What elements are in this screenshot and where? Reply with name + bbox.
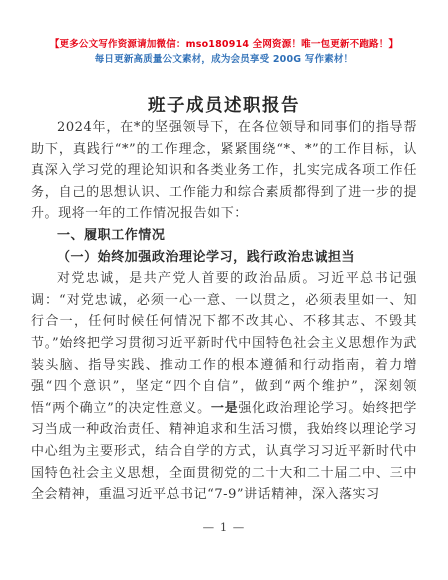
paragraph-run-bold: 一是	[211, 401, 239, 416]
subsection-heading-political-study: （一）始终加强政治理论学习，践行政治忠诚担当	[31, 247, 417, 269]
document-body: 2024年，在*的坚强领导下，在各位领导和同事们的指导帮助下，真践行“*”的工作…	[31, 117, 417, 506]
document-title: 班子成员述职报告	[0, 92, 448, 117]
promo-line-red: 【更多公文写作资源请加微信：mso180914 全网资源！唯一包更新不跑路！】	[0, 37, 448, 52]
promo-banner: 【更多公文写作资源请加微信：mso180914 全网资源！唯一包更新不跑路！】 …	[0, 37, 448, 67]
promo-line-blue: 每日更新高质量公文素材，成为会员享受 200G 写作素材！	[0, 52, 448, 67]
document-page: 【更多公文写作资源请加微信：mso180914 全网资源！唯一包更新不跑路！】 …	[0, 0, 448, 580]
section-heading-performance: 一、履职工作情况	[31, 225, 417, 247]
paragraph-political-loyalty: 对党忠诚，是共产党人首要的政治品质。习近平总书记强调：“对党忠诚，必须一心一意、…	[31, 268, 417, 506]
paragraph-intro: 2024年，在*的坚强领导下，在各位领导和同事们的指导帮助下，真践行“*”的工作…	[31, 117, 417, 225]
paragraph-run-regular-1: 对党忠诚，是共产党人首要的政治品质。习近平总书记强调：“对党忠诚，必须一心一意、…	[31, 271, 417, 416]
page-number: — 1 —	[0, 520, 448, 534]
